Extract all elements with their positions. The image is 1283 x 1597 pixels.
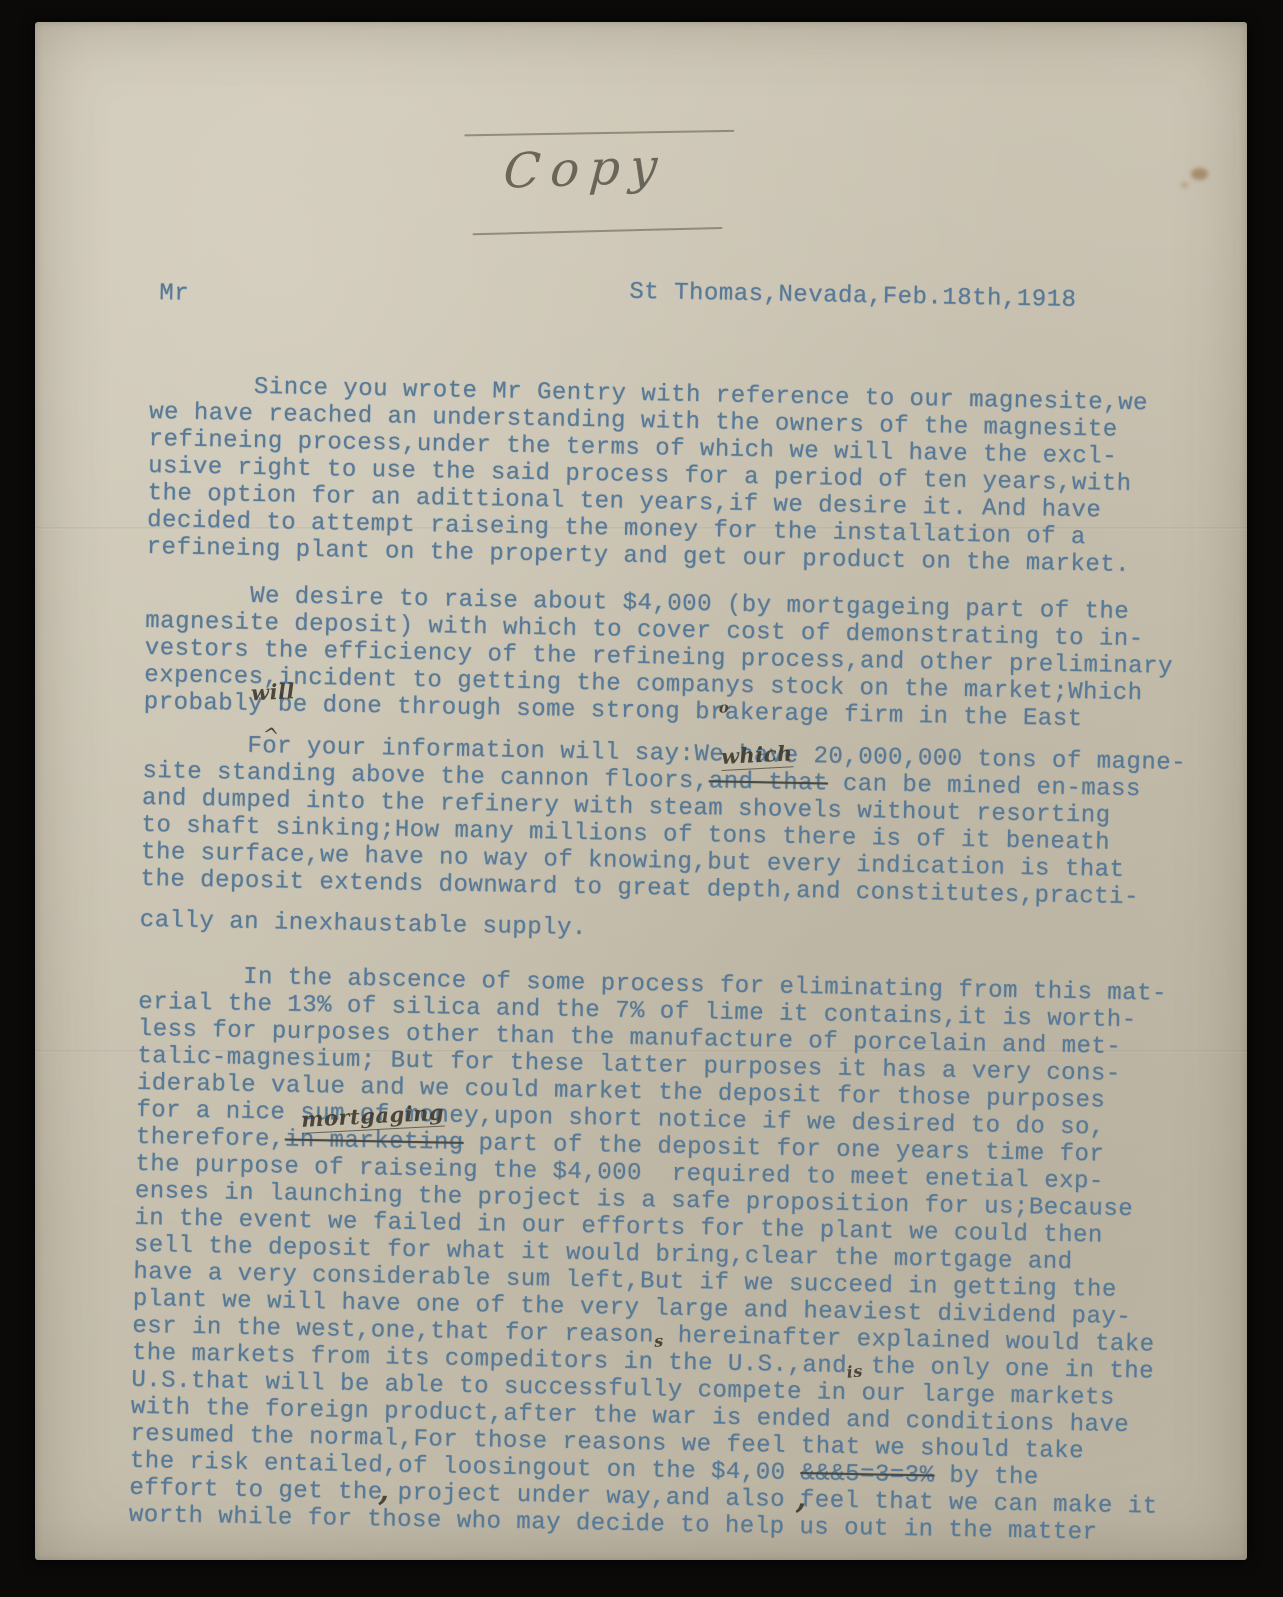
copy-label: Copy [502, 134, 786, 200]
salutation: Mr [159, 280, 189, 308]
paragraph-3-continued: cally an inexhaustable supply. [140, 907, 1185, 953]
paragraph-3: For your information will say:We have 20… [140, 731, 1188, 912]
dateline: St Thomas,Nevada,Feb.18th,1918 [629, 279, 1076, 314]
letter-header: Mr St Thomas,Nevada,Feb.18th,1918 [151, 280, 1196, 326]
struck-overtyped-text: &&&5=3=3% [800, 1460, 935, 1489]
struck-text-and-that: and thatwhich [708, 768, 828, 797]
pencil-underline [473, 227, 723, 235]
handwritten-insert-which: which [721, 739, 794, 771]
handwritten-copy-annotation: Copy [502, 136, 784, 251]
scanned-letter-background: Copy Mr St Thomas,Nevada,Feb.18th,1918 S… [0, 0, 1283, 1597]
paragraph-1: Since you wrote Mr Gentry with reference… [146, 372, 1194, 580]
pencil-line [464, 130, 734, 136]
paragraph-2: We desire to raise about $4,000 (by mort… [144, 581, 1191, 735]
struck-text-in-marketing: in marketingmortgaging [285, 1127, 464, 1157]
letter-body: Copy Mr St Thomas,Nevada,Feb.18th,1918 S… [129, 90, 1200, 1548]
paragraph-4: In the abscence of some process for elim… [129, 962, 1184, 1548]
